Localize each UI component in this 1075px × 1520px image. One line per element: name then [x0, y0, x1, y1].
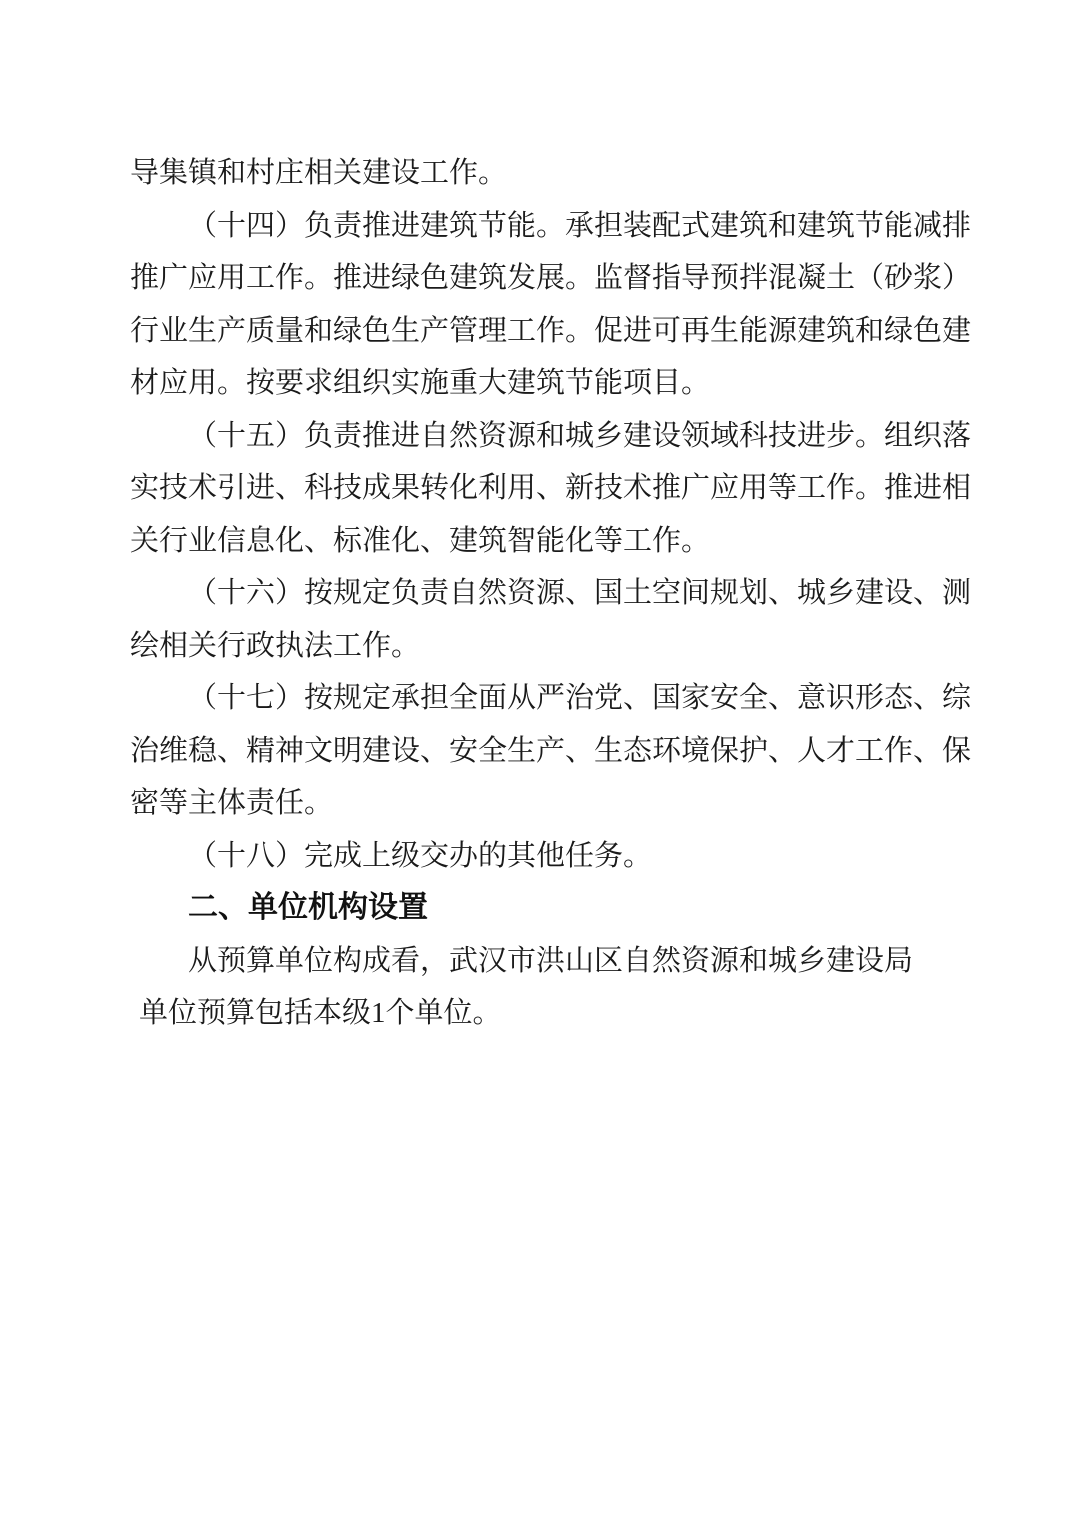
- document-line: （十四）负责推进建筑节能。承担装配式建筑和建筑节能减排: [130, 200, 971, 253]
- document-line: 单位预算包括本级1个单位。: [130, 987, 971, 1040]
- document-line: 材应用。按要求组织实施重大建筑节能项目。: [130, 357, 971, 410]
- document-line: 绘相关行政执法工作。: [130, 620, 971, 673]
- document-line: 实技术引进、科技成果转化利用、新技术推广应用等工作。推进相: [130, 462, 971, 515]
- document-line: （十八）完成上级交办的其他任务。: [130, 830, 971, 883]
- document-line: 从预算单位构成看，武汉市洪山区自然资源和城乡建设局: [130, 935, 971, 988]
- section-heading: 二、单位机构设置: [130, 882, 971, 935]
- document-line: （十五）负责推进自然资源和城乡建设领域科技进步。组织落: [130, 410, 971, 463]
- document-line: 密等主体责任。: [130, 777, 971, 830]
- document-line: 关行业信息化、标准化、建筑智能化等工作。: [130, 515, 971, 568]
- document-line: （十六）按规定负责自然资源、国土空间规划、城乡建设、测: [130, 567, 971, 620]
- document-line: 治维稳、精神文明建设、安全生产、生态环境保护、人才工作、保: [130, 725, 971, 778]
- document-line: （十七）按规定承担全面从严治党、国家安全、意识形态、综: [130, 672, 971, 725]
- document-line: 导集镇和村庄相关建设工作。: [130, 147, 971, 200]
- document-text-block: 导集镇和村庄相关建设工作。（十四）负责推进建筑节能。承担装配式建筑和建筑节能减排…: [130, 147, 971, 1040]
- document-line: 行业生产质量和绿色生产管理工作。促进可再生能源建筑和绿色建: [130, 305, 971, 358]
- document-line: 推广应用工作。推进绿色建筑发展。监督指导预拌混凝土（砂浆）: [130, 252, 971, 305]
- document-page: 导集镇和村庄相关建设工作。（十四）负责推进建筑节能。承担装配式建筑和建筑节能减排…: [0, 0, 1075, 1520]
